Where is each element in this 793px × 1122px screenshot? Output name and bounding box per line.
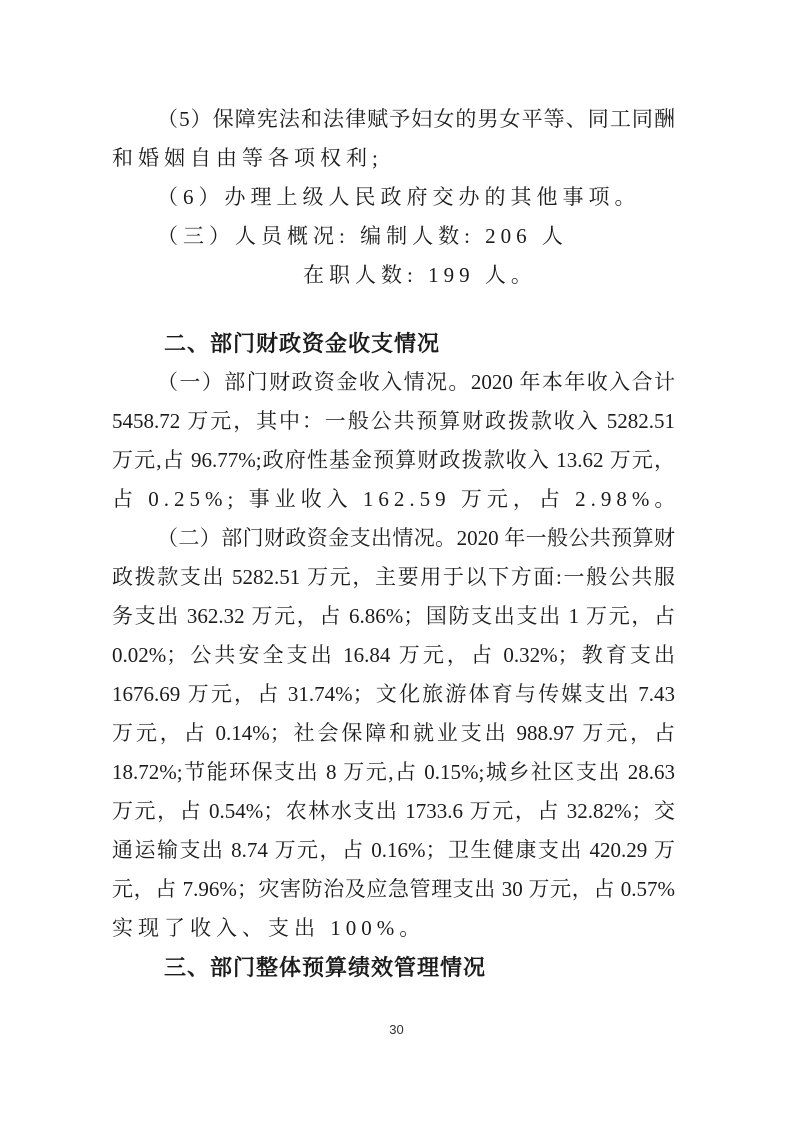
staff-authorized-count-line: （三）人员概况: 编制人数: 206 人 [112, 217, 675, 256]
text-line: 占 0.25%; 事业收入 162.59 万元，占 2.98%。 [112, 480, 675, 519]
text-line: 万元，占 0.14%；社会保障和就业支出 988.97 万元，占 [112, 714, 675, 753]
document-page: （5）保障宪法和法律赋予妇女的男女平等、同工同酬 和婚姻自由等各项权利; （6）… [0, 0, 793, 1122]
text-line: （一）部门财政资金收入情况。2020 年本年收入合计 [112, 363, 675, 402]
text-line: 务支出 362.32 万元，占 6.86%；国防支出支出 1 万元，占 [112, 597, 675, 636]
text-line: 1676.69 万元，占 31.74%；文化旅游体育与传媒支出 7.43 [112, 675, 675, 714]
text-line: 和婚姻自由等各项权利; [112, 139, 675, 178]
section-heading-2: 二、部门财政资金收支情况 [112, 324, 675, 363]
text-line: 元，占 7.96%；灾害防治及应急管理支出 30 万元，占 0.57% [112, 870, 675, 909]
text-line: 万元，占 0.54%；农林水支出 1733.6 万元，占 32.82%；交 [112, 792, 675, 831]
page-number: 30 [0, 1022, 793, 1037]
text-line: 18.72%;节能环保支出 8 万元,占 0.15%;城乡社区支出 28.63 [112, 753, 675, 792]
document-text-block: （5）保障宪法和法律赋予妇女的男女平等、同工同酬 和婚姻自由等各项权利; （6）… [112, 100, 675, 987]
staff-active-count-line: 在职人数: 199 人。 [303, 256, 675, 295]
text-line: 通运输支出 8.74 万元，占 0.16%；卫生健康支出 420.29 万 [112, 831, 675, 870]
text-line: （6）办理上级人民政府交办的其他事项。 [112, 178, 675, 217]
text-line: 0.02%；公共安全支出 16.84 万元，占 0.32%；教育支出 [112, 636, 675, 675]
section-heading-3: 三、部门整体预算绩效管理情况 [112, 948, 675, 987]
text-line: 实现了收入、支出 100%。 [112, 909, 675, 948]
text-line: 万元,占 96.77%;政府性基金预算财政拨款收入 13.62 万元， [112, 441, 675, 480]
text-line: 政拨款支出 5282.51 万元，主要用于以下方面:一般公共服 [112, 558, 675, 597]
text-line: 5458.72 万元，其中：一般公共预算财政拨款收入 5282.51 [112, 402, 675, 441]
text-line: （5）保障宪法和法律赋予妇女的男女平等、同工同酬 [112, 100, 675, 139]
text-line: （二）部门财政资金支出情况。2020 年一般公共预算财 [112, 519, 675, 558]
